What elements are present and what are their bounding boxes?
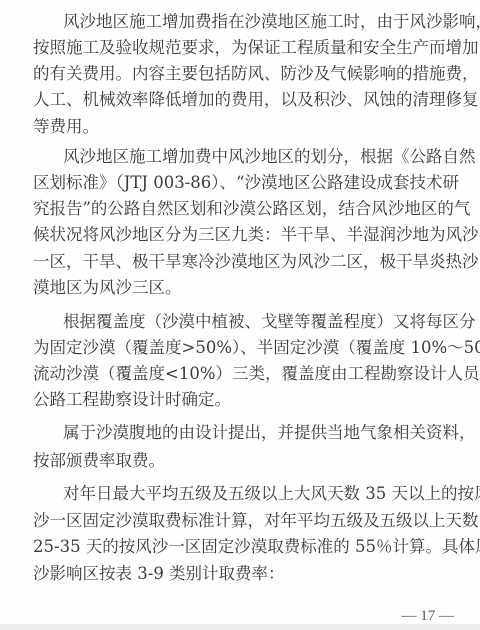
paragraph-2-line-4: 候状况将风沙地区分为三区九类：半干旱、半湿润沙地为风沙 — [33, 223, 453, 247]
paragraph-2-line-5: 一区，干旱、极干旱寒冷沙漠地区为风沙二区，极干旱炎热沙 — [33, 250, 453, 274]
document-page: 风沙地区施工增加费指在沙漠地区施工时，由于风沙影响， 按照施工及验收规范要求，为… — [0, 0, 480, 624]
paragraph-5-line-3: 25-35 天的按风沙一区固定沙漠取费标准的 55％计算。具体风 — [33, 535, 453, 559]
paragraph-2-line-6: 漠地区为风沙三区。 — [33, 276, 453, 300]
paragraph-1-line-2: 按照施工及验收规范要求，为保证工程质量和安全生产而增加 — [33, 36, 453, 60]
page-bottom-edge — [0, 624, 480, 630]
paragraph-3-line-2: 为固定沙漠（覆盖度>50%）、半固定沙漠（覆盖度 10%～50%）、 — [33, 336, 453, 360]
paragraph-3-line-3: 流动沙漠（覆盖度<10%）三类，覆盖度由工程勘察设计人员在 — [33, 362, 453, 386]
paragraph-1-line-5: 等费用。 — [33, 115, 453, 139]
paragraph-1-line-4: 人工、机械效率降低增加的费用，以及积沙、风蚀的清理修复 — [33, 88, 453, 112]
paragraph-5-line-4: 沙影响区按表 3-9 类别计取费率： — [33, 562, 453, 586]
paragraph-4-line-1: 属于沙漠腹地的由设计提出，并提供当地气象相关资料， — [63, 421, 453, 445]
paragraph-5-line-2: 沙一区固定沙漠取费标准计算，对年平均五级及五级以上天数 — [33, 509, 453, 533]
page-number: — 17 — — [402, 606, 455, 626]
paragraph-1-line-1: 风沙地区施工增加费指在沙漠地区施工时，由于风沙影响， — [63, 10, 453, 34]
paragraph-2-line-1: 风沙地区施工增加费中风沙地区的划分，根据《公路自然 — [63, 145, 453, 169]
paragraph-1-line-3: 的有关费用。内容主要包括防风、防沙及气候影响的措施费， — [33, 62, 453, 86]
paragraph-3-line-1: 根据覆盖度（沙漠中植被、戈壁等覆盖程度）又将每区分 — [63, 310, 453, 334]
paragraph-4-line-2: 按部颁费率取费。 — [33, 449, 453, 473]
paragraph-2-line-2: 区划标准》（JTJ 003-86）、“沙漠地区公路建设成套技术研 — [33, 171, 453, 195]
paragraph-3-line-4: 公路工程勘察设计时确定。 — [33, 388, 453, 412]
paragraph-5-line-1: 对年日最大平均五级及五级以上大风天数 35 天以上的按风 — [63, 482, 453, 506]
paragraph-2-line-3: 究报告”的公路自然区划和沙漠公路区划，结合风沙地区的气 — [33, 197, 453, 221]
